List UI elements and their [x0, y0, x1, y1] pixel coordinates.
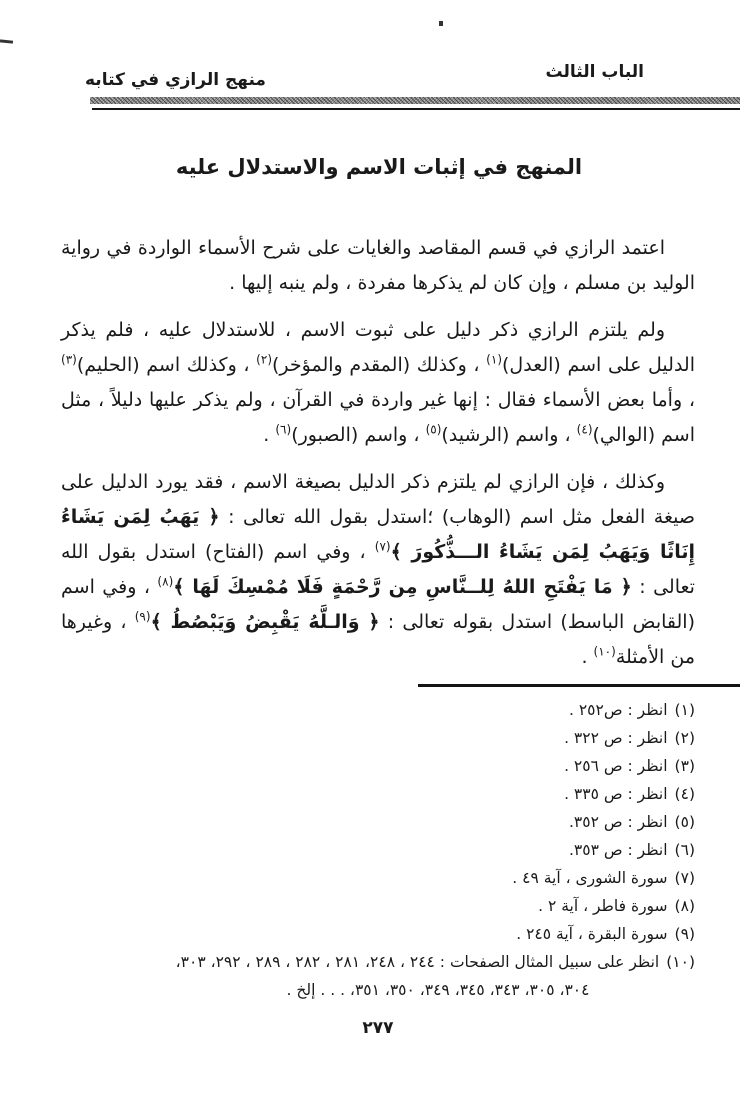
body-text: اعتمد الرازي في قسم المقاصد والغايات على…: [61, 231, 695, 675]
footnote-text: انظر : ص ٣٣٥ .: [564, 780, 667, 808]
header-rule-thin: [92, 108, 740, 110]
scan-artifact: [0, 39, 13, 43]
body-text-run: اعتمد الرازي في قسم المقاصد والغايات على…: [61, 237, 695, 294]
footnote-ref: (٧): [375, 540, 391, 554]
footnote-row: (٦)انظر : ص ٣٥٣.: [61, 836, 695, 864]
paragraph: ولم يلتزم الرازي ذكر دليل على ثبوت الاسم…: [61, 313, 695, 453]
footnote-ref: (١٠): [594, 645, 616, 659]
scan-artifact: [439, 21, 443, 26]
footnote-ref: (٤): [577, 423, 593, 437]
footnote-marker: (٦): [675, 836, 695, 864]
paragraph: وكذلك ، فإن الرازي لم يلتزم ذكر الدليل ب…: [61, 465, 695, 675]
footnote-marker: (٢): [675, 724, 695, 752]
footnote-row: (٣)انظر : ص ٢٥٦ .: [61, 752, 695, 780]
footnote-ref: (٥): [426, 423, 442, 437]
page-number: ٢٧٧: [61, 1018, 695, 1038]
quran-verse: ﴿ مَا يَفْتَحِ اللهُ لِلــنَّاسِ مِن رَّ…: [173, 576, 632, 598]
footnote-text: سورة البقرة ، آية ٢٤٥ .: [516, 920, 667, 948]
body-text-run: ، وكذلك (المقدم والمؤخر): [272, 354, 486, 376]
body-text-run: ، وكذلك اسم (الحليم): [77, 354, 256, 376]
footnote-marker: (٩): [675, 920, 695, 948]
footnote-row: (٧)سورة الشورى ، آية ٤٩ .: [61, 864, 695, 892]
header-chapter-title: الباب الثالث: [546, 62, 644, 82]
footnote-text: سورة الشورى ، آية ٤٩ .: [512, 864, 667, 892]
footnote-text: انظر على سبيل المثال الصفحات : ٢٤٤ ، ٢٤٨…: [176, 948, 660, 976]
footnote-continuation: ٣٠٤، ٣٠٥، ٣٤٣، ٣٤٥، ٣٤٩، ٣٥٠، ٣٥١، . . .…: [61, 976, 695, 1004]
footnote-ref: (٣): [61, 353, 77, 367]
footnote-text: انظر : ص ٣٥٣.: [569, 836, 668, 864]
footnote-row: (٤)انظر : ص ٣٣٥ .: [61, 780, 695, 808]
footnote-row: (٢)انظر : ص ٣٢٢ .: [61, 724, 695, 752]
footnote-row: (٨)سورة فاطر ، آية ٢ .: [61, 892, 695, 920]
footnote-marker: (٧): [675, 864, 695, 892]
footnote-text: انظر : ص٢٥٢ .: [569, 696, 668, 724]
section-title: المنهج في إثبات الاسم والاستدلال عليه: [63, 155, 695, 179]
footnote-ref: (٦): [275, 423, 291, 437]
quran-verse: ﴿ وَالـلَّهُ يَقْبِضُ وَيَبْصُطُ ﴾: [151, 611, 380, 633]
content-column: اعتمد الرازي في قسم المقاصد والغايات على…: [61, 231, 695, 1038]
footnote-marker: (٨): [675, 892, 695, 920]
footnote-ref: (١): [486, 353, 502, 367]
header-rule-thick: [90, 97, 740, 104]
footnotes: (١)انظر : ص٢٥٢ .(٢)انظر : ص ٣٢٢ .(٣)انظر…: [61, 696, 695, 1004]
body-text-run: .: [263, 424, 275, 446]
footnote-marker: (١٠): [666, 948, 695, 976]
body-text-run: ، واسم (الرشيد): [441, 424, 576, 446]
footnote-marker: (١): [675, 696, 695, 724]
header-book-title: منهج الرازي في كتابه: [85, 70, 266, 90]
footnote-ref: (٩): [135, 610, 151, 624]
footnote-row: (٩)سورة البقرة ، آية ٢٤٥ .: [61, 920, 695, 948]
footnote-separator: [418, 684, 740, 687]
footnote-ref: (٢): [256, 353, 272, 367]
footnote-ref: (٨): [157, 575, 173, 589]
footnote-marker: (٥): [675, 808, 695, 836]
footnote-text: سورة فاطر ، آية ٢ .: [538, 892, 667, 920]
body-text-run: ، واسم (الصبور): [291, 424, 425, 446]
footnote-row: (٥)انظر : ص ٣٥٢.: [61, 808, 695, 836]
book-page: الباب الثالث منهج الرازي في كتابه المنهج…: [0, 0, 756, 1098]
footnote-marker: (٣): [675, 752, 695, 780]
footnote-text: انظر : ص ٢٥٦ .: [564, 752, 667, 780]
footnote-text: انظر : ص ٣٥٢.: [569, 808, 668, 836]
body-text-run: .: [581, 646, 593, 668]
paragraph: اعتمد الرازي في قسم المقاصد والغايات على…: [61, 231, 695, 301]
footnote-row: (١٠)انظر على سبيل المثال الصفحات : ٢٤٤ ،…: [61, 948, 695, 976]
footnote-row: (١)انظر : ص٢٥٢ .: [61, 696, 695, 724]
footnote-marker: (٤): [675, 780, 695, 808]
footnote-text: انظر : ص ٣٢٢ .: [564, 724, 667, 752]
